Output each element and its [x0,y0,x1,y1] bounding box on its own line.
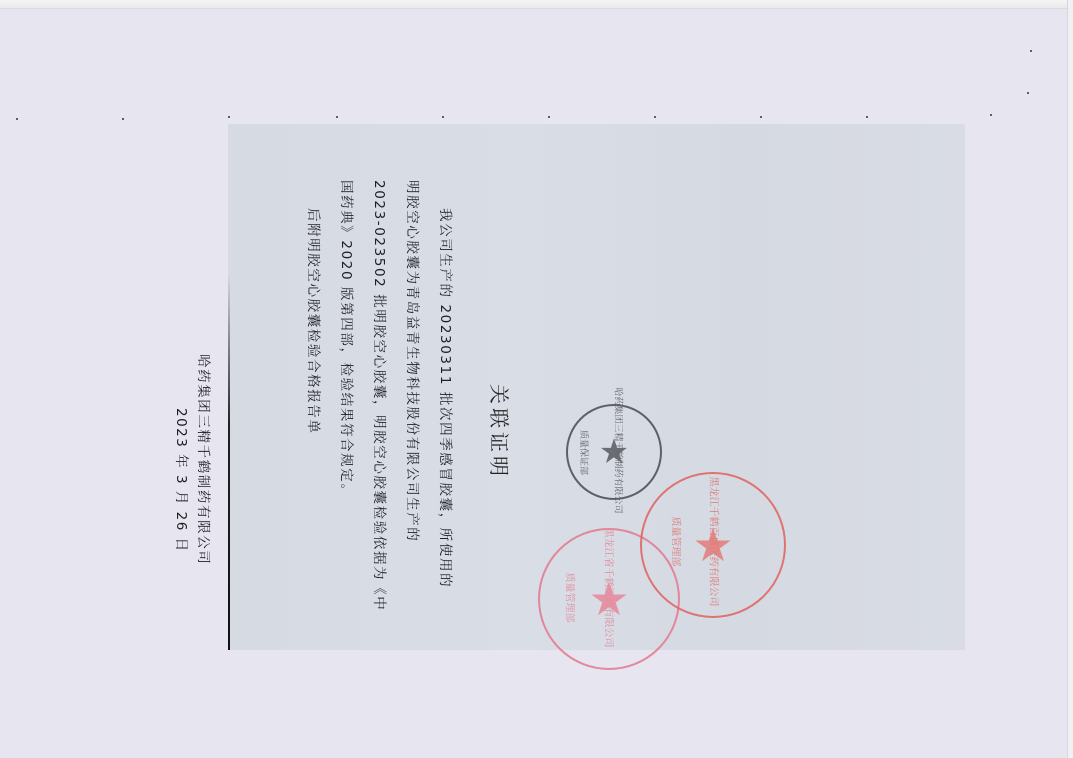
stamp-center-text: 质量保证部 [578,430,591,475]
scan-dot [548,116,550,118]
scan-dot [1030,50,1032,52]
scan-dot [442,116,444,118]
body-line: 国药典》2020 版第四部，检验结果符合规定。 [329,180,362,690]
document-title: 关联证明 [486,172,515,692]
company-qa-stamp: ★ 哈药集团三精千鹤制药有限公司 质量保证部 [566,404,662,500]
stamp-ring-text: 黑龙江省千鹤医药有限公司 [603,528,618,648]
body-line: 2023-023502 批明胶空心胶囊，明胶空心胶囊检验依据为《中 [362,180,395,690]
stamp-center-text: 质量管理部 [670,517,685,567]
supplier-stamp-1: ★ 黑龙江千鹤百盛医药有限公司 质量管理部 [640,472,786,618]
body-line: 我公司生产的 20230311 批次四季感冒胶囊，所使用的 [428,180,461,690]
scan-dot [336,116,338,118]
scan-dot [866,116,868,118]
signature-date: 2023 年 3 月 26 日 [173,408,193,553]
scan-dot [654,116,656,118]
rotated-certificate-page: 关联证明 我公司生产的 20230311 批次四季感冒胶囊，所使用的 明胶空心胶… [95,172,515,692]
signature-company: 哈药集团三精千鹤制药有限公司 [195,354,215,565]
stamp-center-text: 质量管理部 [564,573,579,623]
scan-dot [1027,92,1029,94]
scan-dot [228,116,230,118]
body-line: 明胶空心胶囊为青岛益青生物科技股份有限公司生产的 [395,180,428,690]
scan-dot [990,114,992,116]
scan-dot [760,116,762,118]
scan-dot [122,118,124,120]
stamp-ring-text: 哈药集团三精千鹤制药有限公司 [612,387,625,513]
scan-right-edge [1067,0,1073,758]
body-line: 后附明胶空心胶囊检验合格报告单 [296,180,329,690]
scan-top-edge [0,0,1073,9]
stamp-ring-text: 黑龙江千鹤百盛医药有限公司 [708,477,723,607]
scan-dot [16,118,18,120]
certificate-body: 我公司生产的 20230311 批次四季感冒胶囊，所使用的 明胶空心胶囊为青岛益… [296,180,461,690]
